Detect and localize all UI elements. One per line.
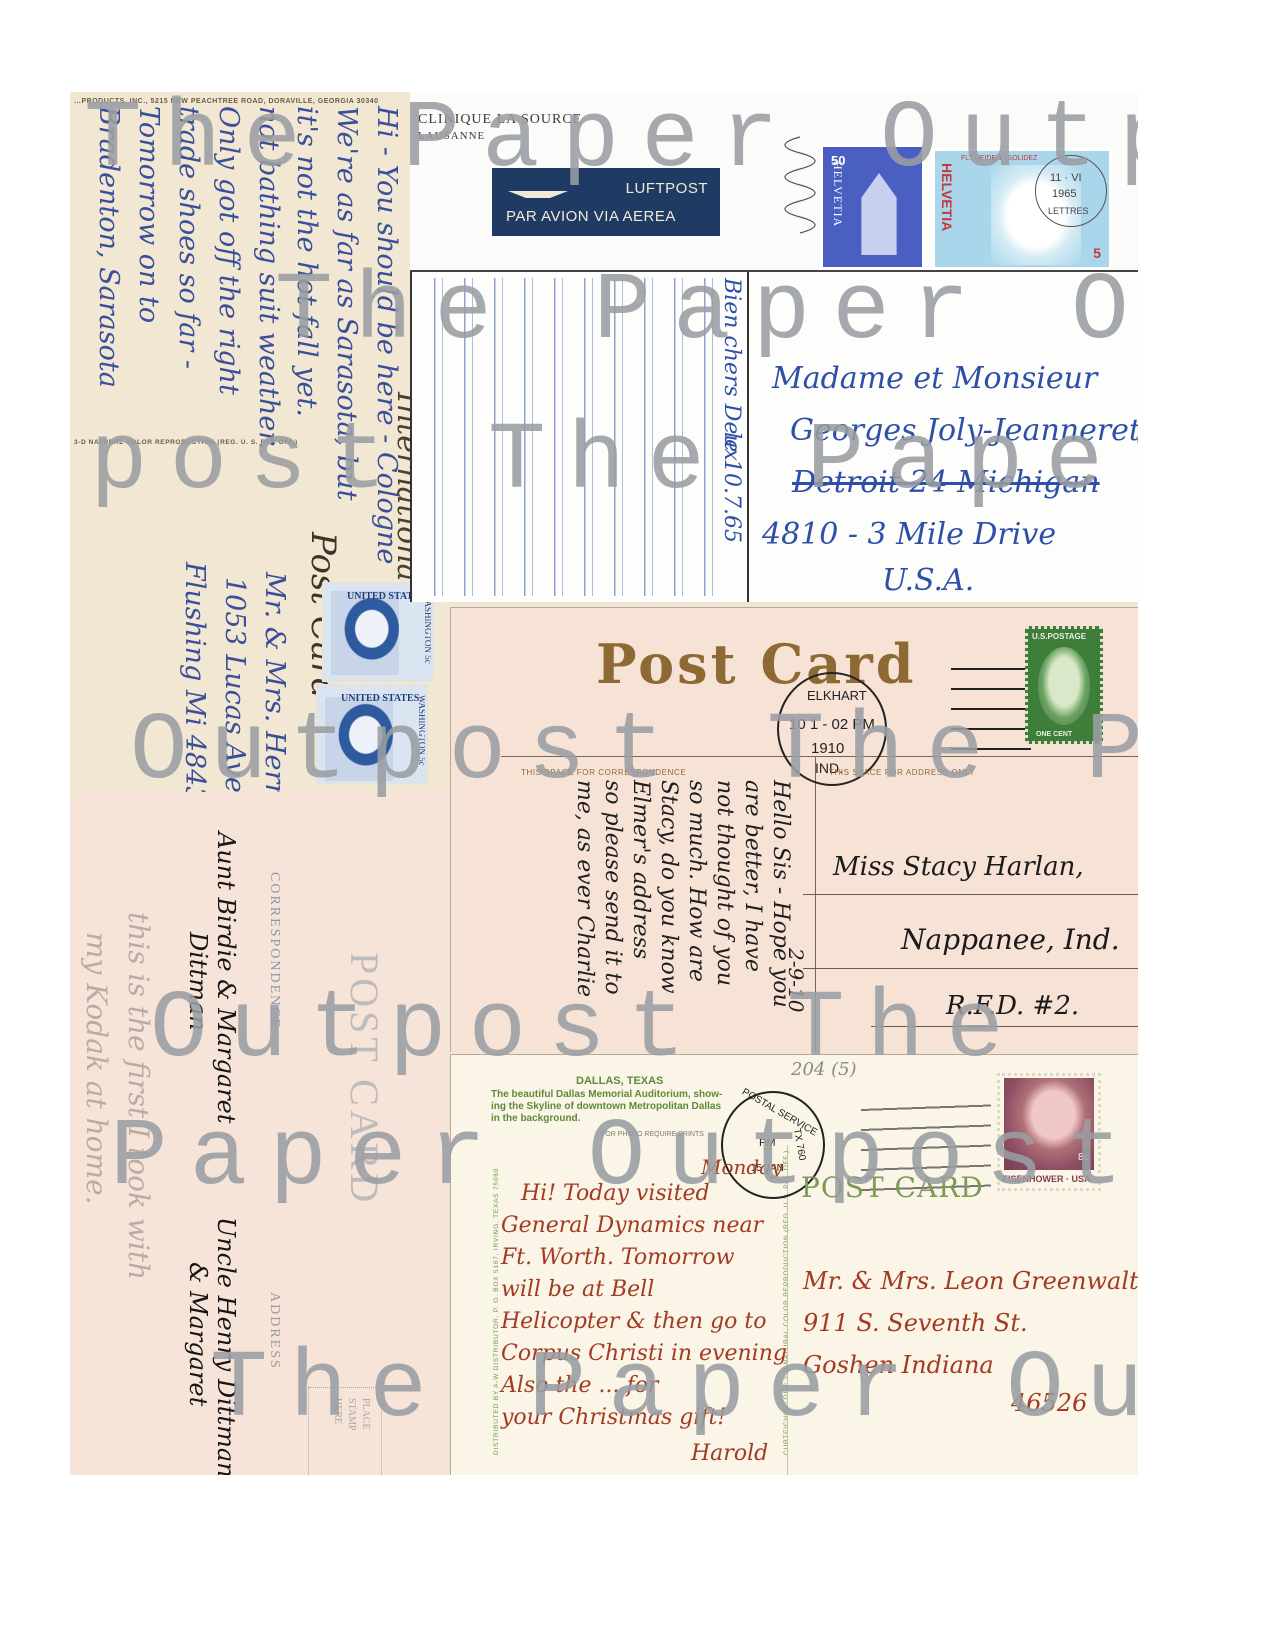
- message-line: Aunt Birdie & Margaret: [214, 832, 238, 1124]
- message-line: Ft. Worth. Tomorrow: [501, 1247, 734, 1269]
- address-line: 4810 - 3 Mile Drive: [762, 520, 1056, 550]
- stamp-bottom-text: ONE CENT: [1036, 731, 1072, 738]
- message-line: General Dynamics near: [501, 1215, 763, 1237]
- stamp-value: 5: [1093, 245, 1101, 261]
- franklin-stamp: U.S.POSTAGE ONE CENT: [1025, 626, 1103, 744]
- french-message: [420, 278, 720, 596]
- address-line: 911 S. Seventh St.: [803, 1311, 1028, 1335]
- postcard-florida: …PRODUCTS, INC., 5215 NEW PEACHTREE ROAD…: [70, 92, 450, 792]
- address-line: Mr. & Mrs. Herman Elder: [261, 572, 288, 792]
- message-line: trade shoes so far -: [175, 106, 202, 369]
- postcard-correspondence: this is the first I took with my Kodak a…: [70, 792, 446, 1475]
- reproduction-note: 3-D NATURAL COLOR REPRODUCTION (REG. U. …: [74, 439, 298, 446]
- postcard-1910: Post Card ELKHART 10 1 - 02 PM 1910 IND.…: [450, 607, 1138, 1052]
- address-line: Miss Stacy Harlan,: [833, 854, 1084, 880]
- message-line: We're as far as Sarasota, but: [333, 106, 360, 500]
- clinic-name: CLINIQUE LA SOURCE: [418, 112, 582, 128]
- caption-line: in the background.: [491, 1113, 580, 1124]
- address-rule: [871, 1026, 1138, 1027]
- address-line: Georges Joly-Jeanneret: [790, 416, 1138, 446]
- address-line: Detroit 24 Michigan: [792, 468, 1100, 498]
- stamp-value: 50: [831, 153, 845, 168]
- postcard-collage: …PRODUCTS, INC., 5215 NEW PEACHTREE ROAD…: [70, 92, 1138, 1475]
- helvetia-nurse-stamp: HELVETIA FLT HEIDEN · SOLIDEZ 5 11 · VI …: [932, 148, 1112, 270]
- stamp-country: HELVETIA: [830, 161, 845, 227]
- address-label: ADDRESS: [266, 1292, 282, 1370]
- stamp-value: 8c: [1078, 1152, 1089, 1163]
- post-card-title: POST CARD: [341, 952, 388, 1206]
- message-header: Monday: [701, 1157, 782, 1177]
- message-line: Stacy, do you know: [657, 780, 679, 994]
- message-line: your Christmas gift!: [501, 1407, 726, 1429]
- stamp-text: U.S.POSTAGE: [1032, 632, 1086, 641]
- message-signature: Harold: [691, 1443, 768, 1465]
- address-line: Goshen Indiana: [803, 1353, 994, 1377]
- message-line: Corpus Christi in evening: [501, 1343, 787, 1365]
- airmail-bottom-text: PAR AVION VIA AEREA: [506, 208, 676, 225]
- postmark: 11 · VI 1965 LETTRES: [1035, 155, 1107, 227]
- washington-stamp: UNITED STATES WASHINGTON 5c: [316, 684, 428, 784]
- stamp-box: PLACE STAMP HERE: [308, 1387, 382, 1475]
- airmail-label: LUFTPOST PAR AVION VIA AEREA: [492, 168, 720, 236]
- message-line: Helicopter & then go to: [501, 1311, 766, 1333]
- photo-note: FOR PHOTO REQUIRE PRINTS: [601, 1131, 704, 1138]
- faint-message-line: this is the first I took with: [124, 912, 152, 1280]
- message-opening: Bien chers Deux: [720, 278, 742, 461]
- message-line: Elmer's address: [629, 780, 651, 959]
- message-line: so please send it to: [601, 780, 623, 995]
- correspondence-label: THIS SPACE FOR CORRESPONDENCE: [521, 768, 686, 777]
- clinic-city: LAUSANNE: [418, 130, 485, 142]
- address-line: Nappanee, Ind.: [901, 926, 1120, 954]
- address-line: Madame et Monsieur: [772, 364, 1097, 394]
- bird-icon: [508, 188, 568, 198]
- message-line: Hi! Today visited: [521, 1183, 710, 1205]
- message-line: not bathing suit weather.: [255, 106, 282, 450]
- message-line: Uncle Henry Dittman: [214, 1217, 238, 1475]
- address-line: Mr. & Mrs. Leon Greenwalt: [803, 1269, 1138, 1293]
- message-line: Dittman: [186, 932, 210, 1031]
- message-line: will be at Bell: [501, 1279, 654, 1301]
- stamp-subject: FLT HEIDEN · SOLIDEZ: [961, 155, 1037, 162]
- publisher-line: …PRODUCTS, INC., 5215 NEW PEACHTREE ROAD…: [74, 98, 379, 105]
- stamp-side-text: WASHINGTON 5c: [423, 593, 433, 664]
- message-line: Tomorrow on to: [135, 106, 162, 323]
- eisenhower-stamp: 8c EISENHOWER · USA: [997, 1073, 1101, 1191]
- address-line: U.S.A.: [882, 566, 974, 596]
- airmail-top-text: LUFTPOST: [626, 180, 708, 197]
- message-line: Only got off the right: [215, 106, 242, 395]
- address-only-label: THIS SPACE FOR ADDRESS ONLY: [829, 768, 975, 777]
- stamp-side-text: WASHINGTON 5c: [417, 695, 427, 766]
- faint-message-line: my Kodak at home.: [82, 932, 110, 1205]
- message-line: so much. How are: [685, 780, 707, 982]
- address-rule: [803, 968, 1138, 969]
- post-card-title: POST CARD: [801, 1171, 984, 1204]
- message-line: not thought of you: [713, 780, 735, 986]
- message-line: me, as ever Charlie: [573, 780, 595, 997]
- postcard-dallas: 204 (5) DALLAS, TEXAS The beautiful Dall…: [450, 1054, 1138, 1475]
- center-divider: [815, 756, 816, 1052]
- message-line: Also the ... for: [501, 1375, 658, 1397]
- location-title: DALLAS, TEXAS: [576, 1075, 663, 1087]
- stamp-text: EISENHOWER · USA: [1002, 1174, 1091, 1184]
- message-line: & Margaret: [186, 1262, 210, 1406]
- message-line: it's not the hot fall yet.: [293, 106, 320, 417]
- cancellation-bars: [951, 656, 1031, 752]
- address-line: Flushing Mi 48433: [181, 562, 208, 792]
- address-line: 1053 Lucas Ave: [221, 577, 248, 792]
- address-rule: [803, 894, 1138, 895]
- helvetia-basel-stamp: HELVETIA 50: [820, 144, 925, 270]
- stamp-country: HELVETIA: [939, 163, 955, 231]
- message-line: Bradenton, Sarasota: [95, 106, 122, 388]
- postcard-lausanne-lower: le 10.7.65 Bien chers Deux Madame et Mon…: [410, 272, 1138, 602]
- address-line: 46526: [1011, 1391, 1087, 1415]
- message-line: are better, I have: [741, 780, 763, 972]
- correspondence-label: CORRESPONDENCE: [266, 872, 282, 1029]
- ref-number: 204 (5): [791, 1059, 857, 1080]
- stamp-text: UNITED STATES: [341, 693, 419, 704]
- caption-line: ing the Skyline of downtown Metropolitan…: [491, 1101, 721, 1112]
- caption-line: The beautiful Dallas Memorial Auditorium…: [491, 1089, 722, 1100]
- address-divider: [747, 272, 749, 602]
- distributor-text: DISTRIBUTED BY A-W DISTRIBUTOR, P. O. BO…: [493, 1168, 500, 1455]
- address-line: R.F.D. #2.: [946, 993, 1079, 1019]
- message-date: 2-9-10: [786, 948, 806, 1012]
